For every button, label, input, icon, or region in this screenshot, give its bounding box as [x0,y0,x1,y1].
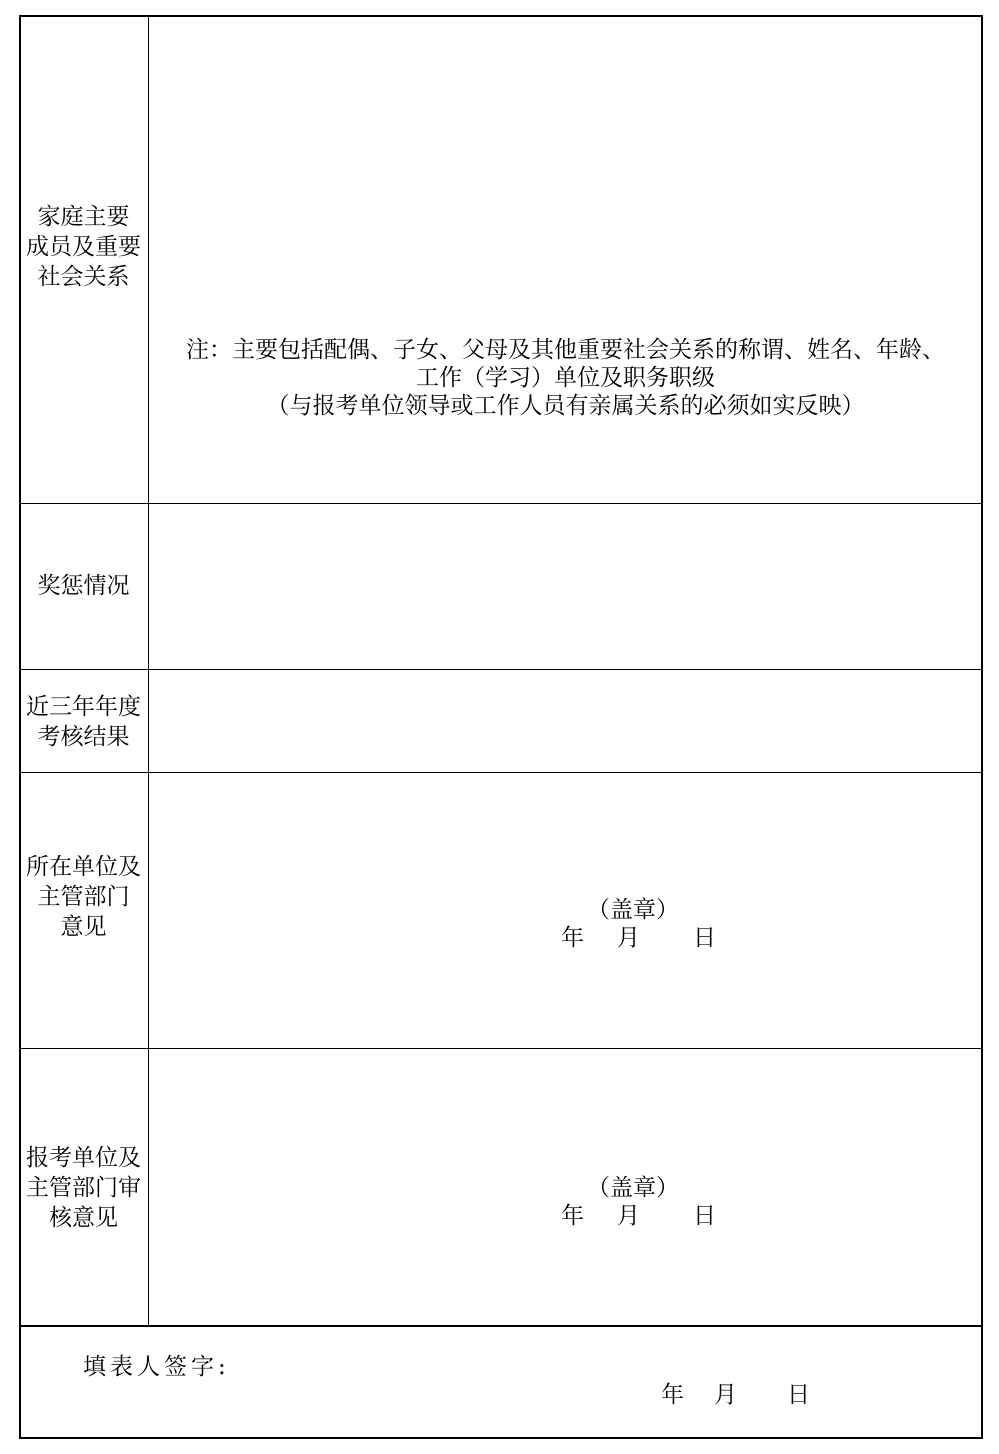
family-label-line-1: 家庭主要 [19,202,148,232]
family-label-line-2: 成员及重要 [19,232,148,262]
family-note-line-3: （与报考单位领导或工作人员有亲属关系的必须如实反映） [148,392,983,420]
family-note-line-1: 注：主要包括配偶、子女、父母及其他重要社会关系的称谓、姓名、年龄、 [148,336,983,364]
current-unit-date-year: 年 [561,925,584,951]
family-label-line-3: 社会关系 [19,262,148,292]
family-row-label: 家庭主要 成员及重要 社会关系 [19,202,148,292]
rewards-label-text: 奖惩情况 [19,571,148,601]
applying-unit-date-line: 年月日 [561,1202,716,1230]
row-divider-applying-signature [19,1325,983,1327]
current-unit-date-day: 日 [693,925,716,951]
current-unit-stamp-placeholder: （盖章） [587,896,679,924]
applying-unit-row-label: 报考单位及 主管部门审 核意见 [19,1143,148,1233]
applying-unit-date-year: 年 [561,1203,584,1229]
applying-unit-date-month: 月 [617,1203,640,1229]
family-note: 注：主要包括配偶、子女、父母及其他重要社会关系的称谓、姓名、年龄、 工作（学习）… [148,336,983,420]
signature-date-month: 月 [714,1382,737,1408]
family-note-line-2: 工作（学习）单位及职务职级 [148,364,983,392]
current-unit-label-line-3: 意见 [19,912,148,942]
signature-date-year: 年 [661,1382,684,1408]
signature-date-day: 日 [787,1382,810,1408]
rewards-row-label: 奖惩情况 [19,571,148,601]
row-divider-unit-applying [19,1048,983,1049]
form-page: 家庭主要 成员及重要 社会关系 注：主要包括配偶、子女、父母及其他重要社会关系的… [0,0,999,1454]
assessment-label-line-1: 近三年年度 [19,692,148,722]
signer-label: 填表人签字: [83,1353,230,1381]
applying-unit-label-line-3: 核意见 [19,1203,148,1233]
applying-unit-label-line-1: 报考单位及 [19,1143,148,1173]
applying-unit-stamp-placeholder: （盖章） [587,1174,679,1202]
signature-date-line: 年月日 [661,1381,810,1409]
current-unit-date-month: 月 [617,925,640,951]
row-divider-rewards-assessment [19,669,983,670]
row-divider-assessment-unit [19,772,983,773]
row-divider-family-rewards [19,503,983,504]
current-unit-date-line: 年月日 [561,924,716,952]
label-column-divider [148,15,149,1325]
current-unit-row-label: 所在单位及 主管部门 意见 [19,852,148,942]
applying-unit-date-day: 日 [693,1203,716,1229]
assessment-label-line-2: 考核结果 [19,722,148,752]
current-unit-label-line-1: 所在单位及 [19,852,148,882]
form-table-frame [19,15,983,1439]
current-unit-label-line-2: 主管部门 [19,882,148,912]
applying-unit-label-line-2: 主管部门审 [19,1173,148,1203]
assessment-row-label: 近三年年度 考核结果 [19,692,148,752]
